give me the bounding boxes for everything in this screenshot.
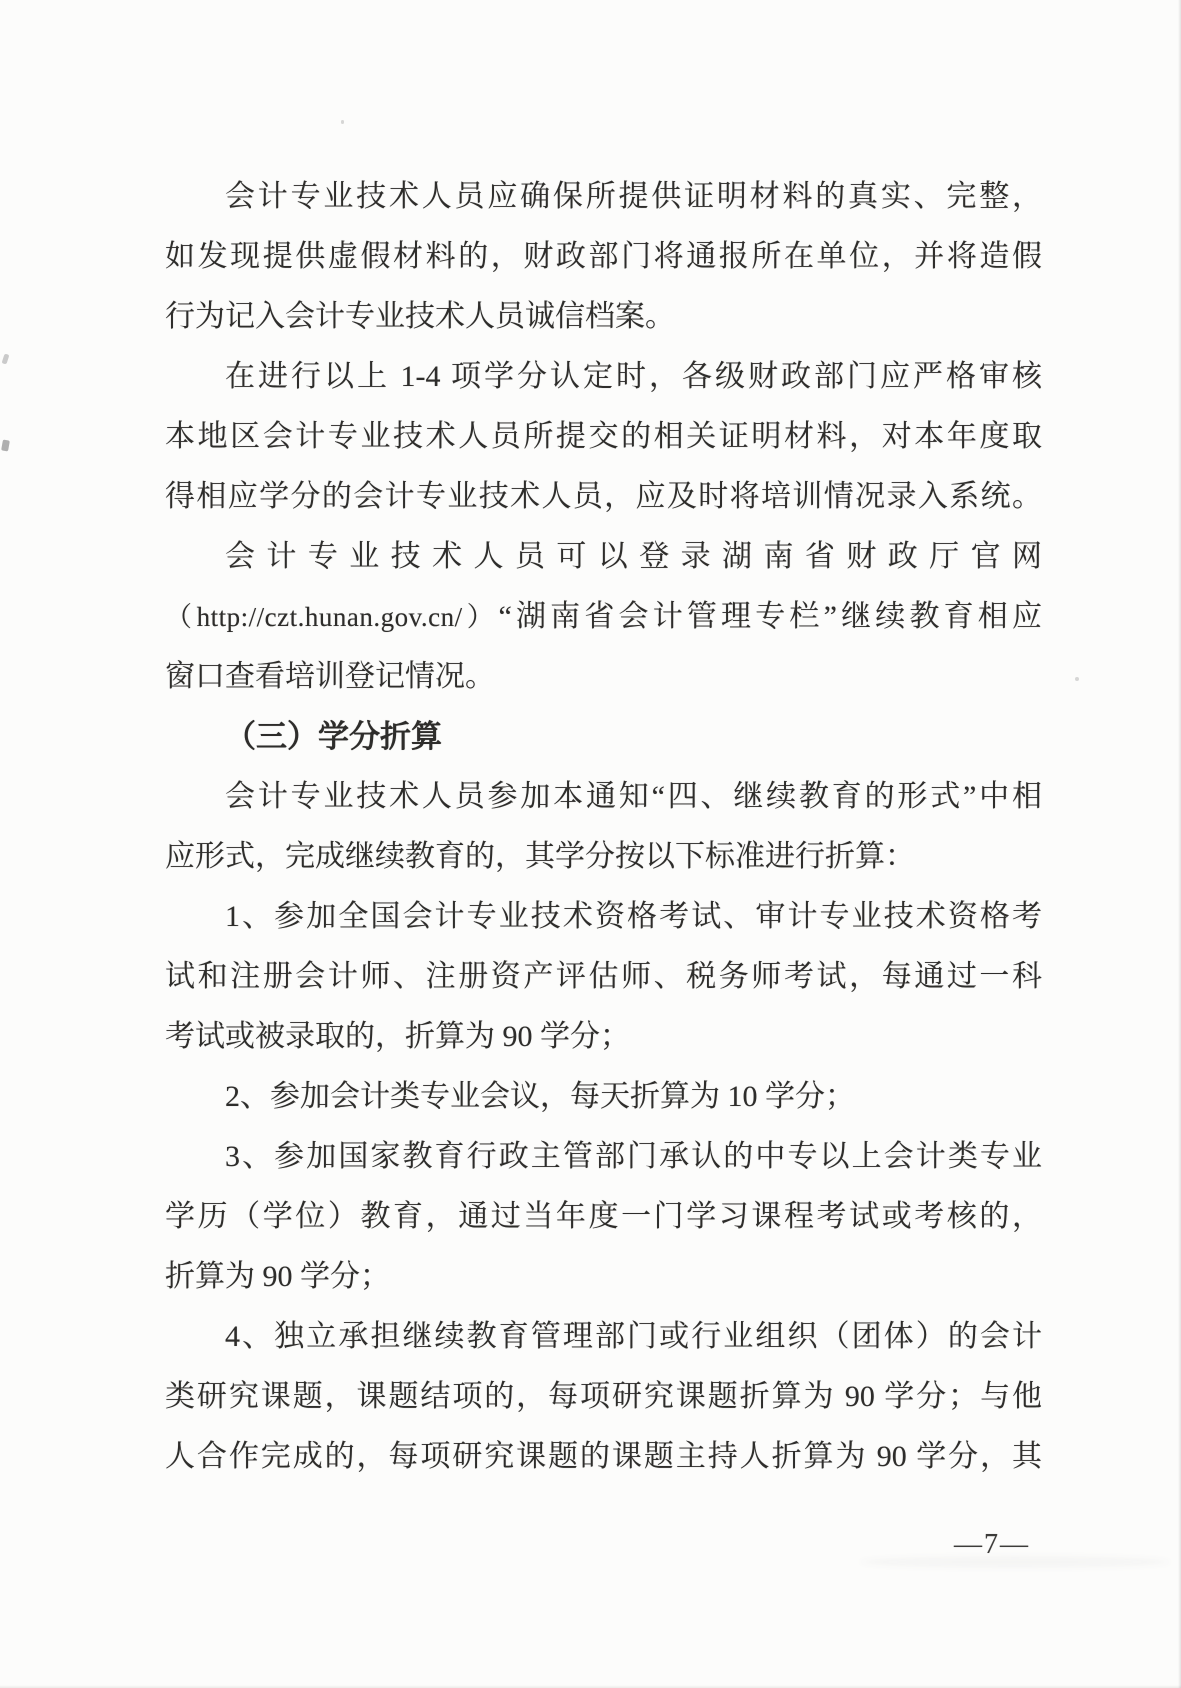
- scan-speck: [1075, 677, 1079, 681]
- text-line: 3、参加国家教育行政主管部门承认的中专以上会计类专业: [165, 1127, 1042, 1187]
- section-heading: （三）学分折算: [165, 707, 1042, 767]
- scan-smudge: [860, 1556, 1170, 1568]
- text-line: 本地区会计专业技术人员所提交的相关证明材料，对本年度取: [165, 407, 1042, 467]
- text-line: 会计专业技术人员应确保所提供证明材料的真实、完整，: [165, 167, 1042, 227]
- text-line: 应形式，完成继续教育的，其学分按以下标准进行折算：: [165, 827, 1042, 887]
- text-line: 在进行以上 1-4 项学分认定时，各级财政部门应严格审核: [165, 347, 1042, 407]
- scan-speck: [1, 439, 10, 451]
- document-text: 会计专业技术人员应确保所提供证明材料的真实、完整， 如发现提供虚假材料的，财政部…: [165, 167, 1042, 1487]
- text-line: 2、参加会计类专业会议，每天折算为 10 学分；: [165, 1067, 1042, 1127]
- text-line: 行为记入会计专业技术人员诚信档案。: [165, 287, 1042, 347]
- scan-speck: [2, 353, 10, 364]
- text-line: 如发现提供虚假材料的，财政部门将通报所在单位，并将造假: [165, 227, 1042, 287]
- scan-speck: [341, 120, 344, 124]
- text-line: 学历（学位）教育，通过当年度一门学习课程考试或考核的，: [165, 1187, 1042, 1247]
- text-line: 1、参加全国会计专业技术资格考试、审计专业技术资格考: [165, 887, 1042, 947]
- text-line: 4、独立承担继续教育管理部门或行业组织（团体）的会计: [165, 1307, 1042, 1367]
- text-line: 窗口查看培训登记情况。: [165, 647, 1042, 707]
- url-text: （http://czt.hunan.gov.cn/）: [165, 602, 498, 632]
- text-line: 得相应学分的会计专业技术人员，应及时将培训情况录入系统。: [165, 467, 1042, 527]
- text-line: 考试或被录取的，折算为 90 学分；: [165, 1007, 1042, 1067]
- text-line: 会计专业技术人员可以登录湖南省财政厅官网: [165, 527, 1042, 587]
- text-line: 会计专业技术人员参加本通知“四、继续教育的形式”中相: [165, 767, 1042, 827]
- text-line: 试和注册会计师、注册资产评估师、税务师考试，每通过一科: [165, 947, 1042, 1007]
- text-line: 人合作完成的，每项研究课题的课题主持人折算为 90 学分，其: [165, 1427, 1042, 1487]
- scanned-document-page: 会计专业技术人员应确保所提供证明材料的真实、完整， 如发现提供虚假材料的，财政部…: [0, 0, 1181, 1688]
- text-line-with-url: （http://czt.hunan.gov.cn/）“湖南省会计管理专栏”继续教…: [165, 587, 1042, 647]
- text-line: 折算为 90 学分；: [165, 1247, 1042, 1307]
- text-segment: “湖南省会计管理专栏”继续教育相应: [498, 600, 1042, 633]
- text-line: 类研究课题，课题结项的，每项研究课题折算为 90 学分；与他: [165, 1367, 1042, 1427]
